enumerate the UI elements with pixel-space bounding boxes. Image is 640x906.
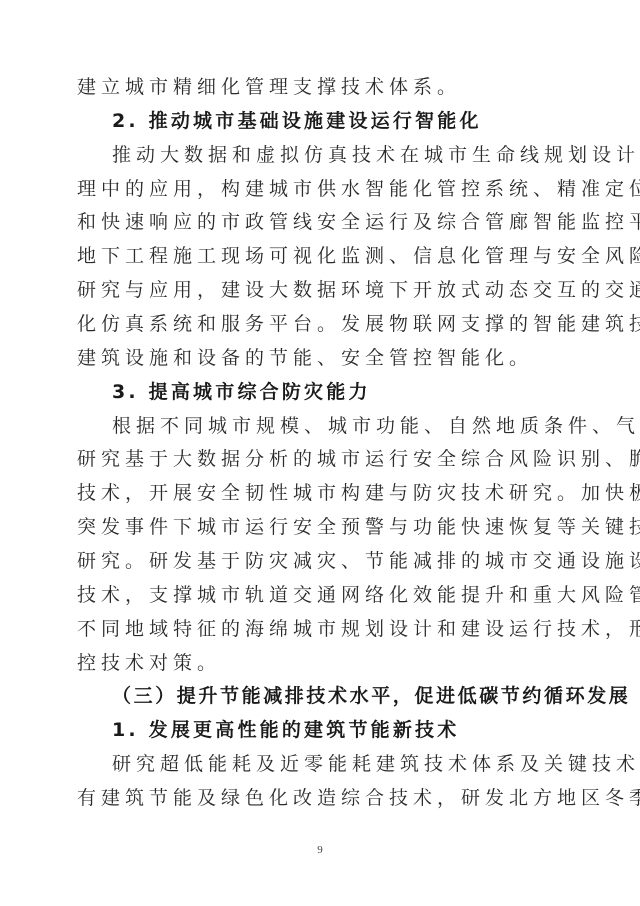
paragraph-line: 研究与应用，建设大数据环境下开放式动态交互的交通网络精细: [77, 274, 567, 308]
paragraph-line: 地下工程施工现场可视化监测、信息化管理与安全风险预警技术: [77, 240, 567, 274]
paragraph-line: 理中的应用，构建城市供水智能化管控系统、精准定位实时感知: [77, 173, 567, 207]
paragraph-line: 技术，支撑城市轨道交通网络化效能提升和重大风险管控。研究: [77, 579, 567, 613]
paragraph-line: 有建筑节能及绿色化改造综合技术，研发北方地区冬季清洁取暖: [77, 782, 567, 816]
document-page: 建立城市精细化管理支撑技术体系。 2. 推动城市基础设施建设运行智能化 推动大数…: [0, 0, 640, 906]
paragraph-line: 不同地域特征的海绵城市规划设计和建设运行技术，形成内涝防: [77, 613, 567, 647]
paragraph-line: 研究超低能耗及近零能耗建筑技术体系及关键技术，推进既: [77, 748, 567, 782]
subsection-heading-3: 3. 提高城市综合防灾能力: [77, 376, 567, 410]
paragraph-line: 突发事件下城市运行安全预警与功能快速恢复等关键技术与装备: [77, 511, 567, 545]
section-heading-3: （三）提升节能减排技术水平，促进低碳节约循环发展: [77, 680, 567, 714]
paragraph-line: 建筑设施和设备的节能、安全管控智能化。: [77, 342, 567, 376]
paragraph-line: 化仿真系统和服务平台。发展物联网支撑的智能建筑技术，实现: [77, 308, 567, 342]
paragraph-line: 根据不同城市规模、城市功能、自然地质条件、气候风险，: [77, 410, 567, 444]
paragraph-line: 技术，开展安全韧性城市构建与防灾技术研究。加快极端灾害及: [77, 477, 567, 511]
paragraph-line: 推动大数据和虚拟仿真技术在城市生命线规划设计和运行管: [77, 139, 567, 173]
page-number: 9: [314, 844, 326, 856]
subsection-heading-1: 1. 发展更高性能的建筑节能新技术: [77, 714, 567, 748]
paragraph-line: 研究。研发基于防灾减灾、节能减排的城市交通设施设计和建设: [77, 545, 567, 579]
paragraph-line: 和快速响应的市政管线安全运行及综合管廊智能监控平台。开展: [77, 206, 567, 240]
page-content: 建立城市精细化管理支撑技术体系。 2. 推动城市基础设施建设运行智能化 推动大数…: [77, 71, 567, 816]
paragraph-line: 研究基于大数据分析的城市运行安全综合风险识别、脆弱性评估: [77, 443, 567, 477]
paragraph-line: 控技术对策。: [77, 647, 567, 681]
subsection-heading-2: 2. 推动城市基础设施建设运行智能化: [77, 105, 567, 139]
paragraph-line: 建立城市精细化管理支撑技术体系。: [77, 71, 567, 105]
